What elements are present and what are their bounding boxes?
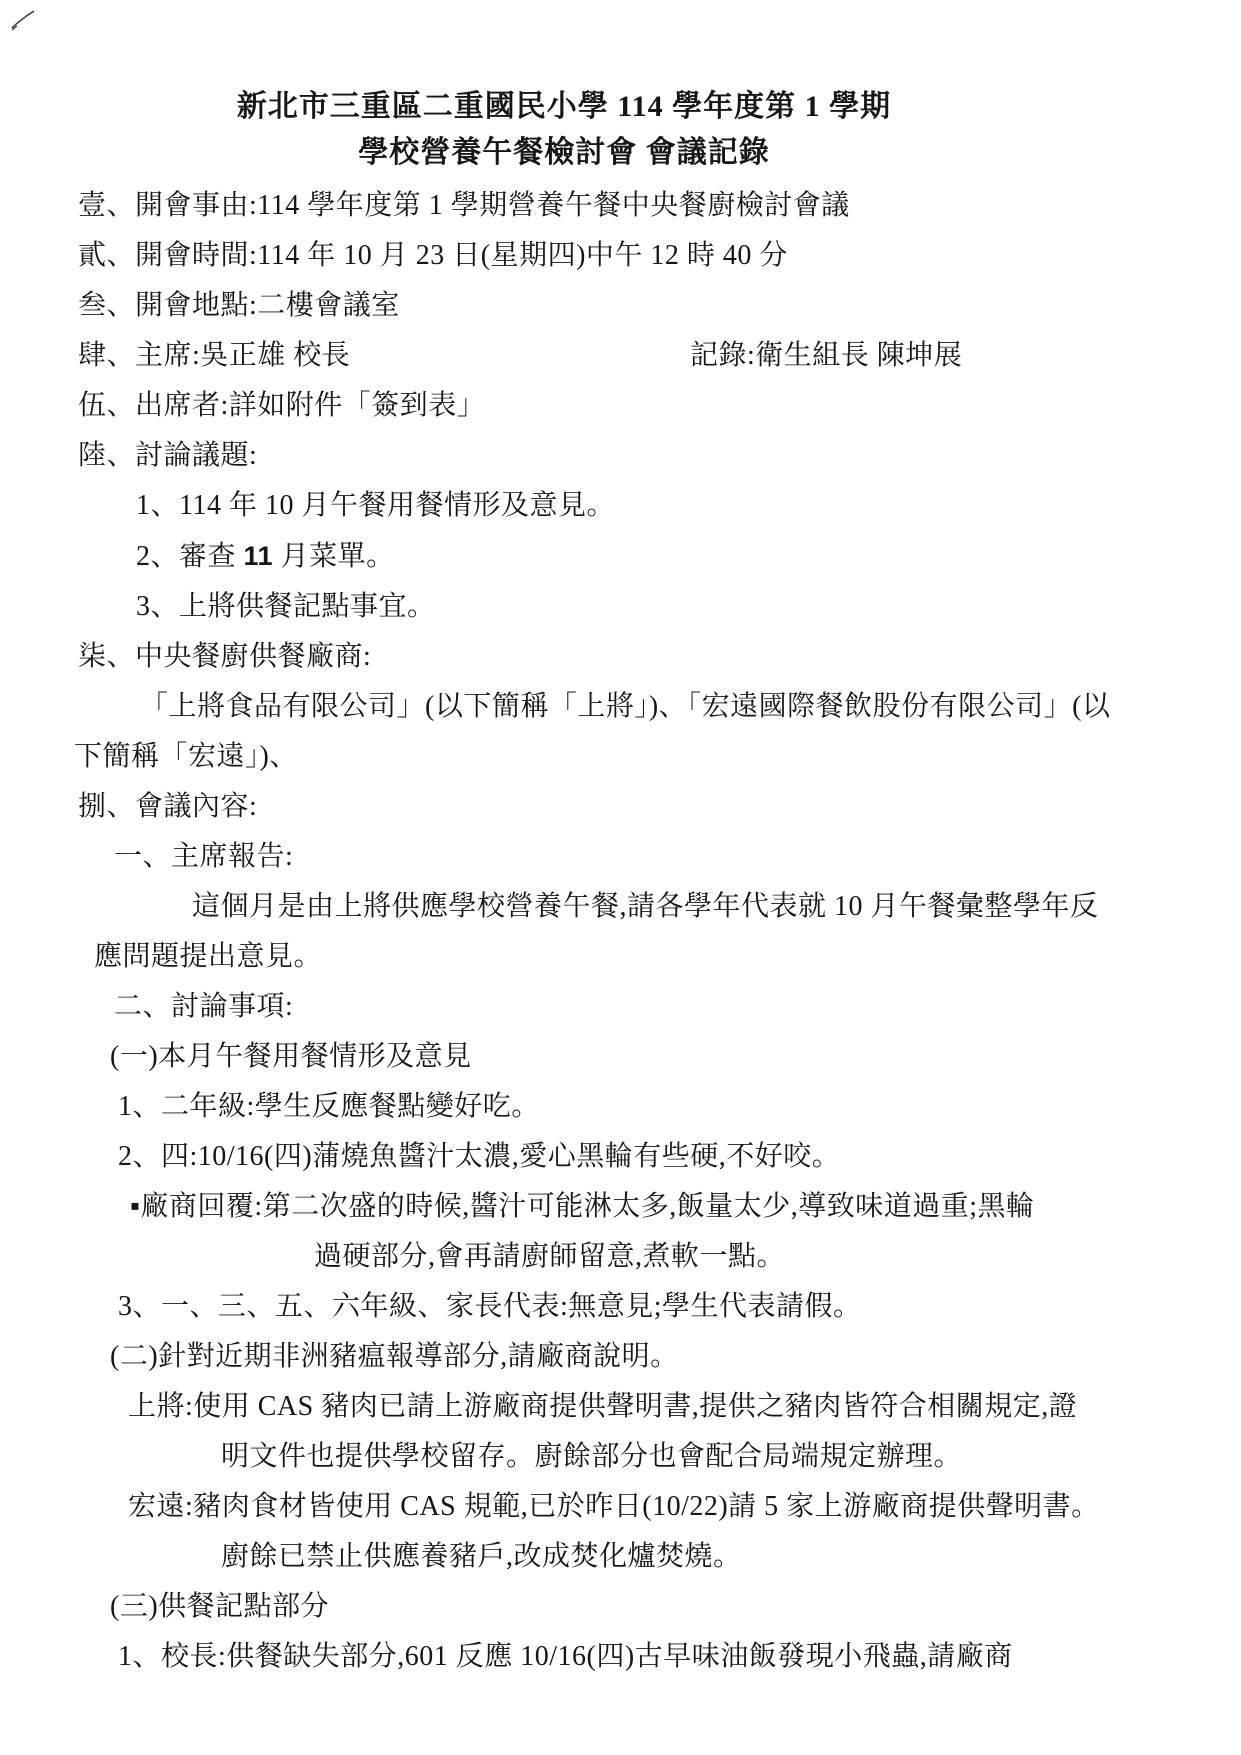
line-meeting-cause: 壹、開會事由:114 學年度第 1 學期營養午餐中央餐廚檢討會議 [64, 181, 1204, 231]
hongyuan-statement-line-2: 廚餘已禁止供應養豬戶,改成焚化爐焚燒。 [64, 1532, 1204, 1582]
hongyuan-statement-line-1: 宏遠:豬肉食材皆使用 CAS 規範,已於昨日(10/22)請 5 家上游廠商提供… [64, 1482, 1204, 1532]
section1-heading: (一)本月午餐用餐情形及意見 [64, 1032, 1204, 1082]
chair-report-heading: 一、主席報告: [64, 832, 1204, 882]
shangjiang-statement-line-2: 明文件也提供學校留存。廚餘部分也會配合局端規定辦理。 [64, 1432, 1204, 1482]
section1-item-1: 1、二年級:學生反應餐點變好吃。 [64, 1082, 1204, 1132]
document-title: 新北市三重區二重國民小學 114 學年度第 1 學期 學校營養午餐檢討會 會議記… [64, 84, 1064, 176]
topic-item-2-post: 月菜單。 [273, 541, 395, 572]
chair-report-line-2: 應問題提出意見。 [64, 932, 1204, 982]
vendor-reply-line-2: 過硬部分,會再請廚師留意,煮軟一點。 [64, 1232, 1204, 1282]
chair-label: 肆、主席:吳正雄 校長 [78, 340, 350, 371]
topic-item-2: 2、審查 11 月菜單。 [64, 531, 1204, 582]
topic-item-2-pre: 2、審查 [136, 541, 244, 572]
section1-item-2: 2、四:10/16(四)蒲燒魚醬汁太濃,愛心黑輪有些硬,不好咬。 [64, 1132, 1204, 1182]
topic-item-2-month: 11 [244, 541, 274, 571]
recorder-label: 記錄:衛生組長 陳坤展 [690, 331, 962, 381]
pen-scratch-mark [10, 8, 44, 34]
line-vendors-heading: 柒、中央餐廚供餐廠商: [64, 632, 1204, 682]
line-topics-heading: 陸、討論議題: [64, 431, 1204, 481]
section3-heading: (三)供餐記點部分 [64, 1582, 1204, 1632]
document-body: 壹、開會事由:114 學年度第 1 學期營養午餐中央餐廚檢討會議 貳、開會時間:… [64, 181, 1204, 1682]
vendors-line-1: 「上將食品有限公司」(以下簡稱「上將」)、「宏遠國際餐飲股份有限公司」(以 [64, 682, 1204, 732]
scanned-document-page: 新北市三重區二重國民小學 114 學年度第 1 學期 學校營養午餐檢討會 會議記… [0, 0, 1241, 1755]
section1-item-3: 3、一、三、五、六年級、家長代表:無意見;學生代表請假。 [64, 1282, 1204, 1332]
section2-heading: (二)針對近期非洲豬瘟報導部分,請廠商說明。 [64, 1332, 1204, 1382]
discussion-heading: 二、討論事項: [64, 982, 1204, 1032]
line-chair-and-recorder: 肆、主席:吳正雄 校長 記錄:衛生組長 陳坤展 [64, 331, 1204, 381]
topic-item-1: 1、114 年 10 月午餐用餐情形及意見。 [64, 481, 1204, 531]
topic-item-3: 3、上將供餐記點事宜。 [64, 582, 1204, 632]
vendor-reply-line-1: ▪廠商回覆:第二次盛的時候,醬汁可能淋太多,飯量太少,導致味道過重;黑輪 [64, 1182, 1204, 1232]
title-line-1: 新北市三重區二重國民小學 114 學年度第 1 學期 [64, 84, 1064, 130]
vendors-line-2: 下簡稱「宏遠」)、 [64, 732, 1204, 782]
document-content: 新北市三重區二重國民小學 114 學年度第 1 學期 學校營養午餐檢討會 會議記… [64, 84, 1204, 1682]
line-meeting-place: 叁、開會地點:二樓會議室 [64, 281, 1204, 331]
chair-report-line-1: 這個月是由上將供應學校營養午餐,請各學年代表就 10 月午餐彙整學年反 [64, 882, 1204, 932]
shangjiang-statement-line-1: 上將:使用 CAS 豬肉已請上游廠商提供聲明書,提供之豬肉皆符合相關規定,證 [64, 1382, 1204, 1432]
section3-item-1: 1、校長:供餐缺失部分,601 反應 10/16(四)古早味油飯發現小飛蟲,請廠… [64, 1632, 1204, 1682]
title-line-2: 學校營養午餐檢討會 會議記錄 [64, 130, 1064, 176]
line-attendees: 伍、出席者:詳如附件「簽到表」 [64, 381, 1204, 431]
line-meeting-time: 貳、開會時間:114 年 10 月 23 日(星期四)中午 12 時 40 分 [64, 231, 1204, 281]
line-meeting-content-heading: 捌、會議內容: [64, 782, 1204, 832]
